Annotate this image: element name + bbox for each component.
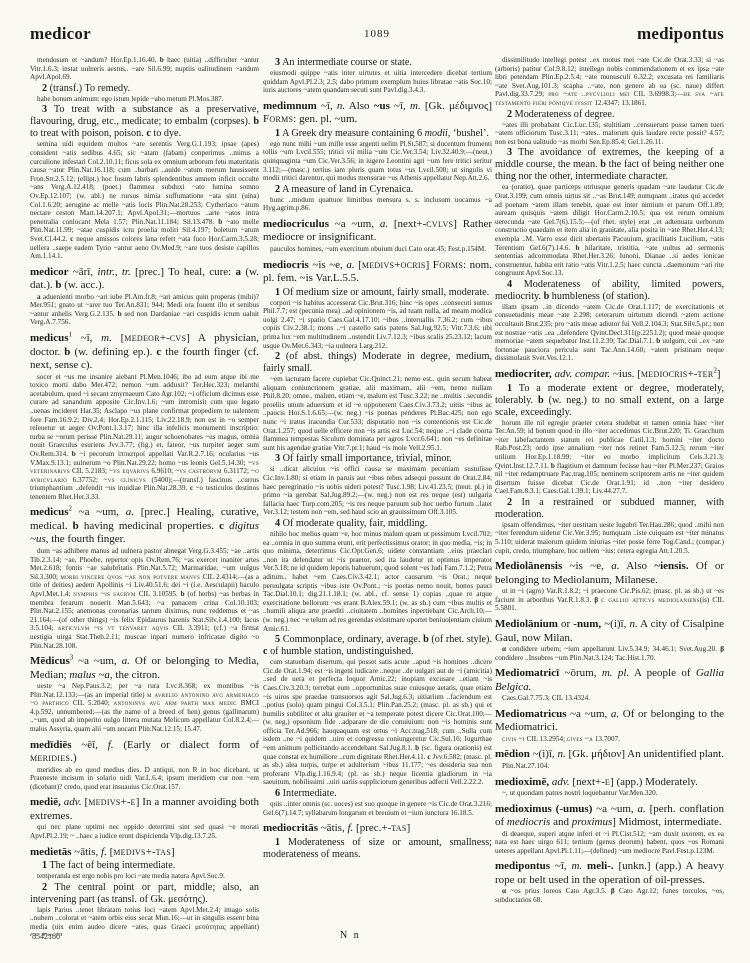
text-segment: meridies ab eo quod medius dies. D antiq…: [30, 766, 259, 791]
text-segment: (transf.) To remedy.: [47, 83, 130, 94]
sense-definition: 2 A measure of land in Cyrenaica.: [263, 184, 492, 196]
text-segment: medeor: [124, 332, 160, 344]
citation-block: ea (oratio), quae particeps utriusque ge…: [495, 183, 724, 278]
text-segment: medioximus (-umus): [495, 803, 592, 815]
text-segment: corpori ~is habitus accesserat Cic.Brut.…: [263, 299, 492, 350]
text-segment: to treat with poison, poison.: [30, 128, 146, 139]
text-segment: malus ~a: [69, 669, 109, 681]
text-segment: ~vs clinicvs: [104, 476, 146, 484]
text-segment: mēdion: [495, 748, 530, 760]
column-middle: 3 An intermediate course or state.eiusmo…: [263, 56, 492, 936]
page-number: 1089: [30, 28, 724, 40]
entry-heading: medimnum ~ī, n. Also ~us ~ī, m. [Gk. μέδ…: [263, 100, 492, 127]
citation-block: ueste ~a Nep.Paus.3.2; per ~a rura Lvc.8…: [30, 682, 259, 734]
text-segment: morbi vincere qvos ~ae non potvere manvs: [60, 573, 200, 581]
text-segment: socer et ~us me insanire aiebant Pl.Men.…: [30, 373, 259, 458]
citation-block: civis ~i CIL 13.2954; cives ~a 13.7007.: [495, 735, 724, 744]
text-segment: c gallio atticvs mediolaniens: [601, 596, 699, 604]
text-segment: ~os prius loreos Cato Agr.3.5.: [506, 887, 611, 895]
entry-heading: medietās ~ātis, f. [medivs+-tas]: [30, 846, 259, 860]
citation-block: α ~os prius loreos Cato Agr.3.5. β Cato …: [495, 887, 724, 904]
text-segment: ~em iacturam facere cupiebat Cic.Quinct.…: [263, 375, 492, 452]
text-segment: meridies: [30, 752, 70, 764]
text-segment: [Gk. μέδιμνος]: [421, 100, 492, 112]
text-segment: articvlvm ~is vt tenvaret aqvis: [58, 624, 169, 632]
text-segment: or: [558, 618, 573, 630]
entry-heading: mediocriculus ~a ~um, a. [next+-cvlvs] R…: [263, 218, 492, 245]
sense-definition: 3 Of fairly small importance, trivial, m…: [263, 453, 492, 465]
text-segment: medicus: [30, 506, 69, 518]
citation-block: α condidere urbem; ~ium appellarunt Liv.…: [495, 645, 724, 662]
text-segment: (w. acc.).: [61, 279, 104, 291]
column-left: mendosum et ~andum? Hor.Ep.1.16.40. b ha…: [30, 56, 259, 936]
entry-heading: Mediomatricī ~ōrum, m. pl. A people of G…: [495, 667, 724, 694]
text-segment: +-: [146, 846, 156, 858]
text-segment: and: [550, 816, 571, 828]
citation-block: nihilo hoc melius quam ~e, hoc minus mal…: [263, 530, 492, 633]
text-segment: civis ~i: [502, 735, 525, 743]
text-segment: ~ātis,: [318, 822, 347, 834]
text-segment: di deaeque, superi atque inferi et ~i Pl…: [495, 830, 724, 855]
text-segment: ~ēī,: [72, 739, 108, 751]
text-segment: -num,: [573, 618, 601, 630]
text-segment: A Greek dry measure containing 6: [280, 128, 425, 139]
entry-heading: medioximē, adv. [next+-e] (app.) Moderat…: [495, 776, 724, 790]
sense-definition: 1 Of medium size or amount, fairly small…: [263, 287, 492, 299]
text-segment: mediocritās: [263, 822, 318, 834]
text-segment: ~a ~um,: [329, 218, 380, 230]
text-segment: cvs: [170, 332, 186, 344]
text-segment: m.: [571, 860, 582, 872]
text-segment: 13.7007.: [593, 735, 620, 743]
text-segment: ~ātis,: [72, 846, 101, 858]
text-segment: n.: [629, 618, 637, 630]
text-segment: ~a ~um,: [566, 708, 610, 720]
entry-heading: mediocris ~is ~e, a. [medivs+ocris] Form…: [263, 259, 492, 286]
text-segment: medīdiēs: [30, 739, 72, 751]
text-segment: meli-.: [587, 860, 614, 872]
text-segment: to dye.: [151, 128, 181, 139]
text-segment: ]: [426, 259, 433, 271]
sense-definition: 5 Commonplace, ordinary, average. b (of …: [263, 634, 492, 658]
text-segment: medipontus: [495, 860, 550, 872]
entry-heading: Mediomatricus ~a ~um, a. Of or belonging…: [495, 708, 724, 735]
text-segment: proximus: [572, 816, 613, 828]
text-segment: m.: [101, 332, 112, 344]
sense-definition: 1 To a moderate extent or degree, modera…: [495, 383, 724, 419]
text-segment: mediocris: [263, 259, 309, 271]
text-segment: medivs: [88, 796, 120, 808]
text-segment: cum statuebam disertum, qui posset satis…: [263, 658, 492, 752]
entry-heading: medicus2 ~a ~um, a. [prec.] Healing, cur…: [30, 506, 259, 547]
sense-definition: 4 Of moderate quality, fair, middling.: [263, 518, 492, 530]
text-segment: CIL 3.10595.: [136, 590, 181, 598]
text-segment: ~ates illi probabant Cic.Luc.135; stulti…: [495, 121, 724, 146]
citation-block: temperanda est ergo nobis pro loci ~ate …: [30, 872, 259, 881]
text-segment: antoninvs avg arm parth max medic: [114, 699, 237, 707]
entry-heading: medicor ~ārī, intr., tr. [prec.] To heal…: [30, 266, 259, 293]
text-segment: [prec.] To heal, cure:: [131, 266, 236, 278]
text-segment: , ‘bushel’.: [448, 128, 489, 139]
text-segment: [: [355, 259, 362, 271]
text-segment: quis ..inter omnis (sc. uoces) est suo q…: [263, 800, 492, 817]
text-segment: ]: [717, 368, 721, 380]
text-segment: ~ārī,: [68, 266, 97, 278]
text-segment: ~ius. [: [610, 368, 641, 380]
text-segment: ] (app.) Moderately.: [610, 776, 698, 788]
page-footer: 8542180 N n: [30, 930, 724, 946]
text-segment: In a restrained or subdued manner, with …: [495, 497, 724, 520]
text-segment: , the fourth finger.: [46, 533, 126, 545]
sense-definition: 1 A Greek dry measure containing 6 modii…: [263, 128, 492, 140]
entry-heading: mediocritās ~ātis, f. [prec.+-tas]: [263, 822, 492, 836]
entry-heading: mediē, adv. [medivs+-e] In a manner avoi…: [30, 796, 259, 823]
text-segment: Mediomatricī: [495, 667, 559, 679]
text-segment: (w. defining ep.).: [70, 346, 156, 358]
text-segment: mediocris: [507, 816, 550, 828]
text-segment: nihilo hoc melius quam ~e, hoc minus mal…: [263, 530, 492, 633]
text-segment: compar.: [575, 368, 610, 380]
text-segment: Mediomatricus: [495, 708, 566, 720]
text-segment: a.: [380, 218, 388, 230]
citation-block: Plin.Nat.27.104.: [495, 762, 724, 771]
citation-block: Caes.Gal.7.75.3; CIL 13.4324.: [495, 694, 724, 703]
text-segment: Forms: [263, 113, 293, 125]
text-segment: medietās: [30, 846, 72, 858]
entry-heading: medipontus ~ī, m. meli-. [unkn.] (app.) …: [495, 860, 724, 887]
text-segment: [next+-: [388, 218, 426, 230]
sense-definition: 2 Moderateness of degree.: [495, 109, 724, 121]
entry-heading: medicus1 ~ī, m. [medeor+-cvs] A physicia…: [30, 332, 259, 373]
citation-block: hunc ..modum quattuor limitibus mensura …: [263, 196, 492, 213]
sense-definition: 2 In a restrained or subdued manner, wit…: [495, 497, 724, 521]
text-segment: a.: [126, 506, 134, 518]
text-segment: (Early or dialect form of: [114, 739, 259, 751]
text-segment: .): [70, 752, 76, 764]
text-segment: Also: [345, 100, 374, 112]
sense-definition: 2 (transf.) To remedy.: [30, 83, 259, 95]
entry-heading: mēdion ~(i)ī, n. [Gk. μήδιον] An unident…: [495, 748, 724, 762]
text-segment: medioximē,: [495, 776, 549, 788]
text-segment: +-: [160, 332, 170, 344]
citation-block: qui nec plane optimi nec oppido deterrim…: [30, 823, 259, 840]
text-segment: cives ~a: [567, 735, 593, 743]
text-segment: intr., tr.: [97, 266, 130, 278]
text-segment: Of medium size or amount, fairly small, …: [280, 287, 489, 298]
text-segment: 6.31172;: [222, 467, 251, 475]
text-segment: , the citron.: [110, 669, 160, 681]
text-segment: adv.: [64, 796, 82, 808]
text-segment: mediocriter,: [495, 368, 552, 380]
text-segment: [next+-: [570, 776, 605, 788]
text-segment: ~us: [374, 100, 390, 112]
text-segment: of humble station, undistinguished.: [268, 646, 414, 657]
text-segment: Moderateness of degree.: [512, 109, 614, 120]
dictionary-page: medicor 1089 medipontus mendosum et ~and…: [0, 0, 750, 963]
text-segment: ~ī,: [72, 332, 101, 344]
text-segment: ~a ~um,: [73, 655, 122, 667]
citation-block: ut in ~i (agro) Var.R.1.8.2; ~i praecone…: [495, 587, 724, 613]
text-segment: ]: [407, 822, 411, 834]
text-segment: CIL 13.2954;: [525, 735, 567, 743]
text-segment: ~(i)ī,: [601, 618, 629, 630]
text-segment: (of rhet. style).: [429, 634, 492, 645]
text-segment: a.: [611, 708, 619, 720]
text-segment: ~(i)ī,: [530, 748, 558, 760]
citation-block: si ..dicat alicuius ~is offici causa se …: [263, 465, 492, 517]
text-segment: CIL 5.2183;: [70, 467, 109, 475]
text-segment: semina uidi equidem multos ~are serentis…: [30, 140, 259, 225]
citation-block: corpori ~is habitus accesserat Cic.Brut.…: [263, 299, 492, 351]
running-head-right: medipontus: [637, 24, 724, 44]
sense-definition: 3 To treat with a substance as a preserv…: [30, 104, 259, 140]
text-segment: habe bonum animum: ego istum lepide ~abo…: [37, 95, 224, 103]
text-segment: b: [253, 116, 259, 127]
sense-definition: 4 Moderateness of ability, limited power…: [495, 279, 724, 303]
text-segment: 6.37752;: [67, 476, 103, 484]
text-segment: a.: [346, 259, 354, 271]
text-segment: Moderateness of size or amount, smallnes…: [263, 837, 492, 860]
text-segment: Forms: [433, 259, 463, 271]
entry-heading: medīdiēs ~ēī, f. (Early or dialect form …: [30, 739, 259, 766]
signature-mark: N n: [340, 930, 361, 941]
text-segment: ] Midmost, intermediate.: [612, 816, 721, 828]
text-segment: Also: [619, 560, 654, 572]
text-segment: ~, ut quondam patres nostri loquebantur …: [502, 789, 657, 797]
text-segment: pauculos homines, ~um exercitum obuium d…: [270, 245, 486, 253]
text-segment: nymphis ~is sacrvm: [73, 590, 136, 598]
text-segment: ~vs castrorvm: [175, 467, 222, 475]
text-segment: ~vs eqvarivs: [109, 467, 149, 475]
text-segment: ~ī,: [390, 100, 410, 112]
text-segment: tas: [156, 846, 171, 858]
text-segment: ~iensis.: [654, 560, 688, 572]
text-segment: +-: [121, 796, 131, 808]
text-segment: n.: [557, 748, 565, 760]
citation-block: dissimilitudo intellegi potest ..ex motu…: [495, 56, 724, 108]
text-segment: 12.4347; 13.1861.: [593, 99, 647, 107]
text-segment: adv.: [552, 776, 570, 788]
text-segment: Caes.Gal.7.75.3; CIL 13.4324.: [502, 694, 590, 702]
text-segment: 6.9610;: [149, 467, 175, 475]
text-segment: mendosum et ~andum? Hor.Ep.1.16.40.: [37, 56, 160, 64]
text-segment: condidere urbem; ~ium appellarunt Liv.5.…: [506, 645, 720, 653]
text-segment: ocris: [401, 259, 426, 271]
citation-block: semina uidi equidem multos ~are serentis…: [30, 140, 259, 260]
text-segment: Plin.Nat.27.104.: [502, 762, 549, 770]
citation-block: habe bonum animum: ego istum lepide ~abo…: [30, 95, 259, 104]
text-segment: cvlvs: [426, 218, 453, 230]
text-segment: Of moderate quality, fair, middling.: [280, 518, 427, 529]
column-right: dissimilitudo intellegi potest ..ex motu…: [495, 56, 724, 936]
citation-block: a aduenienti morbo ~ari iube Pl.Am.fr.8;…: [30, 293, 259, 327]
text-segment: a.: [638, 803, 646, 815]
text-segment: ~ī,: [550, 860, 571, 872]
text-segment: ~ī,: [317, 100, 337, 112]
text-segment: ego nunc mihi ~um mille esse argenti uel…: [263, 140, 492, 182]
text-segment: condidere ..Insubres ~um Plin.Nat.3.124;…: [495, 654, 655, 662]
citation-block: ~ates illi probabant Cic.Luc.135; stulti…: [495, 121, 724, 147]
sense-definition: 1 Moderateness of size or amount, smalln…: [263, 837, 492, 861]
citation-block: ~em iacturam facere cupiebat Cic.Quinct.…: [263, 375, 492, 452]
citation-block: cum statuebam disertum, qui posset satis…: [263, 658, 492, 787]
sense-definition: 2 The central point or part, middle; als…: [30, 882, 259, 906]
text-segment: hunc ..modum quattuor limitibus mensura …: [263, 196, 492, 213]
text-segment: temperanda est ergo nobis pro loci ~ate …: [37, 872, 225, 880]
text-segment: pro ~ate ..pvcvlioli mei: [548, 90, 629, 98]
text-segment: mediocris: [641, 368, 688, 380]
text-segment: ~ōrum,: [559, 667, 602, 679]
text-segment: ipsam offendimus, ~iter uestitam ueste l…: [495, 521, 724, 555]
citation-block: dum ~as adhibere manus ad uulnera pastor…: [30, 547, 259, 650]
sense-definition: 3 An intermediate course or state.: [263, 57, 492, 69]
text-segment: mediē,: [30, 796, 61, 808]
entry-heading: Mediolānium or -num, ~(i)ī, n. A city of…: [495, 618, 724, 645]
citation-block: eiusmodi quippe ~atis inter uirtutes et …: [263, 69, 492, 95]
text-segment: having medicinal properties.: [79, 520, 219, 532]
text-segment: A people of: [629, 667, 696, 679]
text-segment: [prec.+-: [353, 822, 391, 834]
text-segment: +-: [688, 368, 698, 380]
citation-block: ~, ut quondam patres nostri loquebantur …: [495, 789, 724, 798]
running-head: medicor 1089 medipontus: [30, 24, 724, 46]
text-segment: medimnum: [263, 100, 317, 112]
text-segment: ~is ~e,: [562, 560, 611, 572]
text-segment: modii: [425, 128, 448, 139]
text-segment: ~is ~e,: [309, 259, 347, 271]
text-segment: ~a ~um,: [72, 506, 126, 518]
text-segment: adv.: [554, 368, 572, 380]
citation-block: ego nunc mihi ~um mille esse argenti uel…: [263, 140, 492, 183]
citation-block: ipsam offendimus, ~iter uestitam ueste l…: [495, 521, 724, 555]
sense-definition: 6 Intermediate.: [263, 788, 492, 800]
text-segment: medicor: [30, 266, 68, 278]
sense-definition: 2 (of abst. things) Moderate in degree, …: [263, 351, 492, 375]
text-segment: An intermediate course or state.: [280, 57, 412, 68]
text-segment: ~a ~um,: [592, 803, 637, 815]
citation-block: illam ipsam ..in dicendo ~atem Cic.de Or…: [495, 303, 724, 363]
text-segment: ter: [697, 368, 713, 380]
text-segment: Mediolānensis: [495, 560, 562, 572]
entry-heading: medioximus (-umus) ~a ~um, a. [perh. con…: [495, 803, 724, 830]
text-segment: The central point or part, middle; also,…: [30, 882, 259, 905]
text-segment: humbleness (of station).: [549, 291, 650, 302]
text-segment: medivs: [362, 259, 394, 271]
text-segment: Mediolānium: [495, 618, 558, 630]
citation-block: horum ille nil egregie praeter cetera st…: [495, 419, 724, 496]
text-segment: (of abst. things) Moderate in degree, me…: [263, 351, 492, 374]
entry-heading: Mediolānensis ~is ~e, a. Also ~iensis. O…: [495, 560, 724, 587]
text-segment: A measure of land in Cyrenaica.: [280, 184, 413, 195]
print-code: 8542180: [32, 932, 60, 941]
text-segment: β: [720, 645, 724, 653]
text-segment: a.: [122, 655, 130, 667]
citation-block: pauculos homines, ~um exercitum obuium d…: [263, 245, 492, 254]
text-segment: si ..dicat alicuius ~is offici causa se …: [263, 465, 492, 516]
text-segment: medicus: [30, 332, 69, 344]
citation-block: quis ..inter omnis (sc. uoces) est suo q…: [263, 800, 492, 817]
text-segment: Mēdicus: [30, 655, 70, 667]
sense-definition: 3 The avoidance of extremes, the keeping…: [495, 147, 724, 183]
text-segment: Of fairly small importance, trivial, min…: [280, 453, 452, 464]
text-segment: CIL 5.2040;: [69, 699, 114, 707]
text-segment: [Gk. μήδιον] An unidentified plant.: [566, 748, 724, 760]
citation-block: mendosum et ~andum? Hor.Ep.1.16.40. b ha…: [30, 56, 259, 82]
text-segment: Commonplace, ordinary, average.: [280, 634, 423, 645]
text-segment: m. pl.: [602, 667, 629, 679]
citation-block: di deaeque, superi atque inferi et ~i Pl…: [495, 830, 724, 856]
text-segment: tas: [391, 822, 406, 834]
text-segment: The fact of being intermediate.: [47, 860, 175, 871]
citation-block: meridies ab eo quod medius dies. D antiq…: [30, 766, 259, 792]
text-segment: [: [112, 332, 124, 344]
text-segment: To treat with a substance as a preservat…: [30, 104, 259, 127]
text-segment: ]: [171, 846, 175, 858]
text-segment: qui nec plane optimi nec oppido deterrim…: [30, 823, 259, 840]
text-segment: medivs: [113, 846, 145, 858]
text-segment: Intermediate.: [280, 788, 337, 799]
entry-heading: Mēdicus3 ~a ~um, a. Of or belonging to M…: [30, 655, 259, 682]
sense-definition: 1 The fact of being intermediate.: [30, 860, 259, 872]
text-segment: : gen. pl. ~um.: [293, 113, 357, 125]
entry-heading: mediocriter, adv. compar. ~ius. [mediocr…: [495, 368, 724, 382]
text-segment: m.: [410, 100, 421, 112]
citation-block: socer et ~us me insanire aiebant Pl.Men.…: [30, 373, 259, 502]
text-segment: mediocriculus: [263, 218, 329, 230]
text-segment: ea (oratio), quae particeps utriusque ge…: [495, 183, 724, 251]
text-segment: n.: [337, 100, 345, 112]
text-segment: CIL 3.6998.3;—: [630, 90, 684, 98]
text-segment: eiusmodi quippe ~atis inter uirtutes et …: [263, 69, 492, 94]
